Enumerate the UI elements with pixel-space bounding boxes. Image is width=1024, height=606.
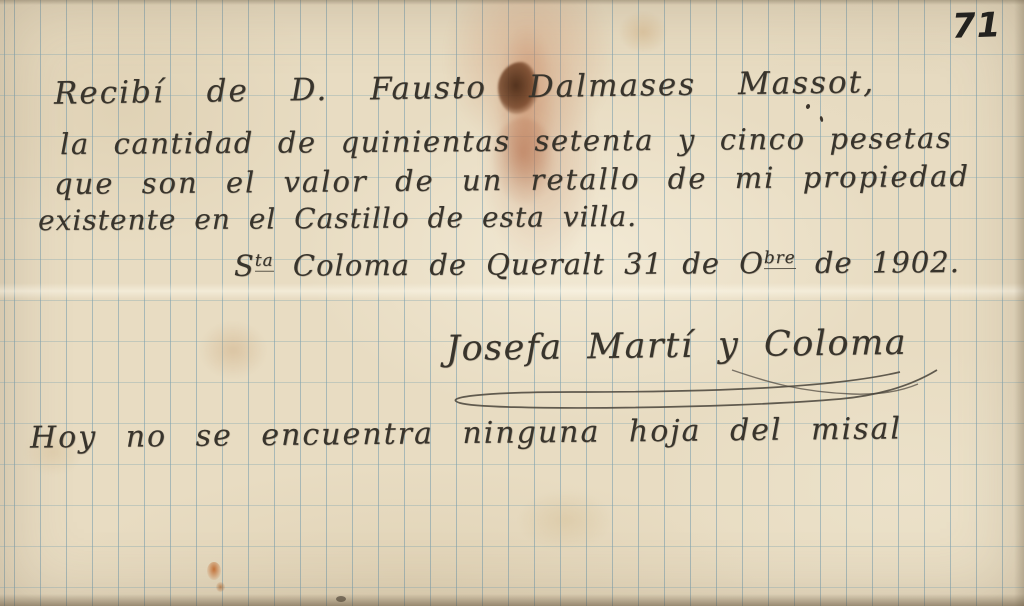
handwriting-line-3: que son el valor de un retallo de mi pro… bbox=[54, 159, 970, 201]
handwriting-line-2: la cantidad de quinientas setenta y cinc… bbox=[60, 121, 952, 161]
stain bbox=[200, 322, 266, 378]
page-edge-top bbox=[0, 0, 1024, 5]
handwriting-note: Hoy no se encuentra ninguna hoja del mis… bbox=[30, 411, 902, 455]
page-edge-bottom bbox=[0, 594, 1024, 606]
dateline-part: de 1902. bbox=[796, 245, 960, 280]
stain bbox=[520, 492, 610, 548]
dateline-part: Coloma de Queralt 31 de O bbox=[274, 246, 764, 283]
dateline-superscript: ta bbox=[255, 250, 274, 272]
page-edge-right bbox=[1014, 0, 1024, 606]
handwriting-dateline: Sta Coloma de Queralt 31 de Obre de 1902… bbox=[234, 245, 960, 283]
paper-fold-highlight bbox=[0, 283, 1024, 299]
signature: Josefa Martí y Coloma bbox=[446, 323, 908, 369]
stain bbox=[207, 562, 221, 580]
dateline-superscript: bre bbox=[764, 247, 796, 269]
stain bbox=[620, 12, 666, 52]
manuscript-page: Recibí de D. Fausto Dalmases Massot, la … bbox=[0, 0, 1024, 606]
dateline-part: S bbox=[234, 249, 255, 283]
handwriting-line-1: Recibí de D. Fausto Dalmases Massot, bbox=[54, 64, 875, 111]
ink-speck bbox=[805, 103, 810, 109]
stain bbox=[216, 582, 225, 592]
handwriting-line-4: existente en el Castillo de esta villa. bbox=[38, 200, 637, 237]
page-number: 71 bbox=[951, 5, 1002, 47]
